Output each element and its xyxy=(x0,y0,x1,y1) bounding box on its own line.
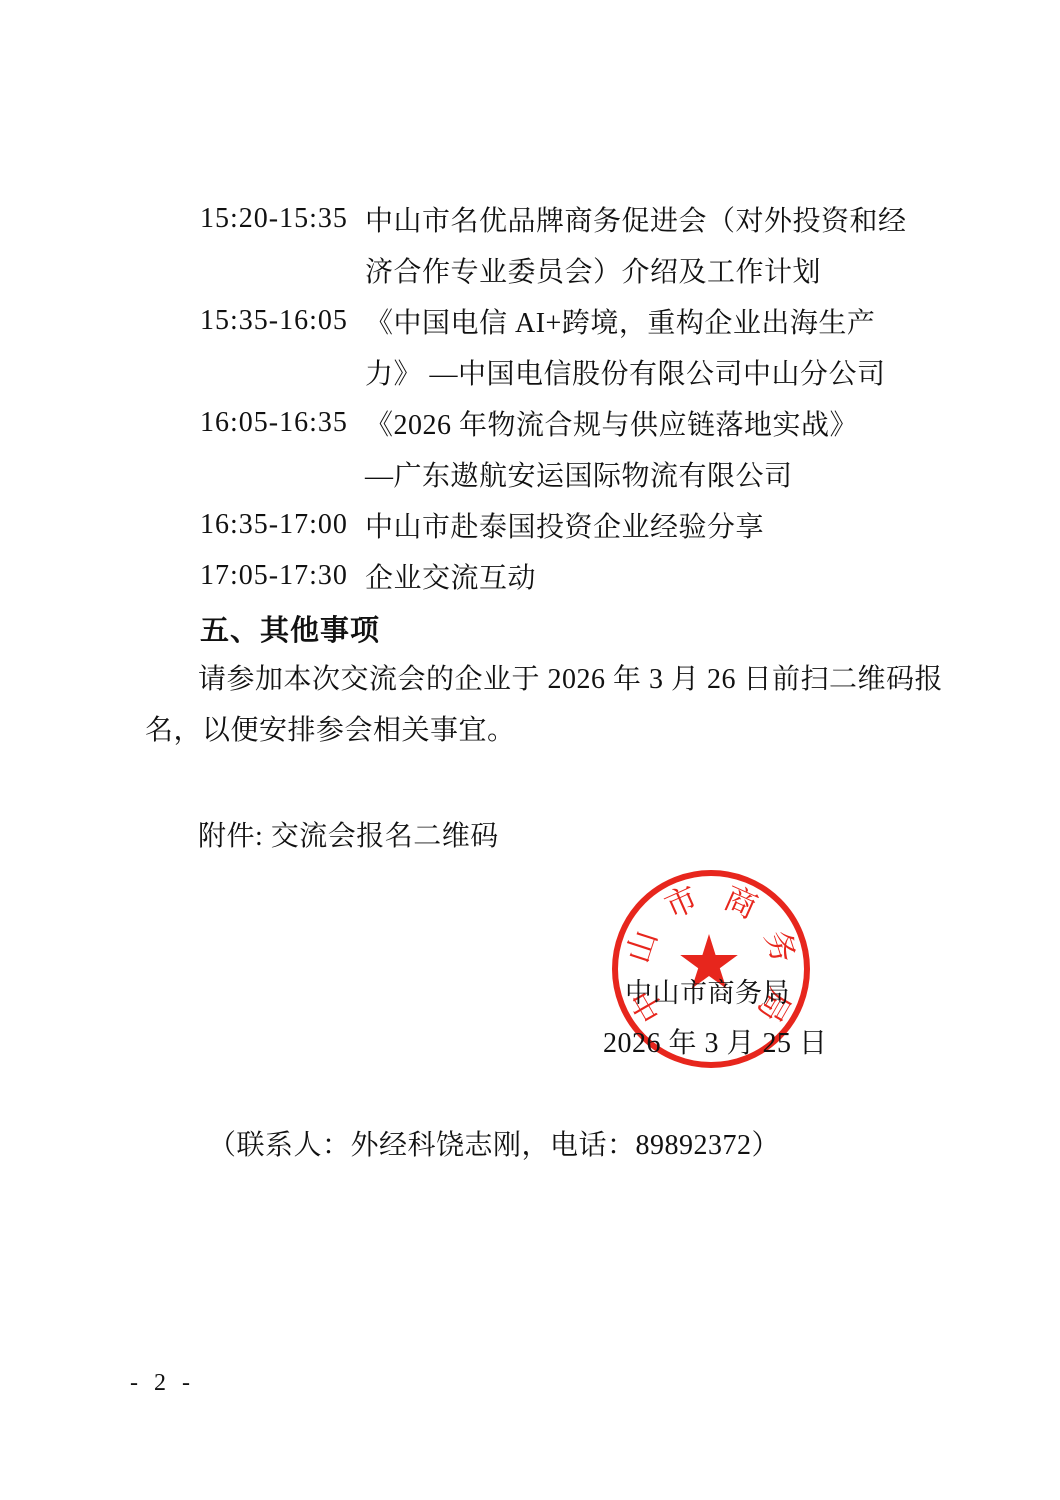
section-heading: 五、其他事项 xyxy=(200,608,380,649)
schedule-row-continuation: 济合作专业委员会）介绍及工作计划 xyxy=(200,244,940,295)
schedule-text: 济合作专业委员会）介绍及工作计划 xyxy=(365,250,821,290)
schedule-text: 中山市赴泰国投资企业经验分享 xyxy=(365,505,764,545)
schedule-row-continuation: —广东遨航安运国际物流有限公司 xyxy=(200,448,940,499)
seal-arc-char: 山 xyxy=(621,926,661,966)
schedule-text: —广东遨航安运国际物流有限公司 xyxy=(365,454,793,494)
seal-arc-char: 务 xyxy=(760,926,800,966)
page-number: - 2 - xyxy=(130,1370,195,1397)
signature-date: 2026 年 3 月 25 日 xyxy=(603,1021,828,1061)
time-label: 15:20-15:35 xyxy=(200,203,365,235)
paragraph-line: 名，以便安排参会相关事宜。 xyxy=(145,702,935,753)
schedule-text: 企业交流互动 xyxy=(365,556,536,596)
time-label: 15:35-16:05 xyxy=(200,305,365,337)
schedule-row: 16:05-16:35 《2026 年物流合规与供应链落地实战》 xyxy=(200,397,940,448)
schedule-row: 15:35-16:05 《中国电信 AI+跨境，重构企业出海生产 xyxy=(200,295,940,346)
seal-arc-char: 商 xyxy=(720,881,762,923)
paragraph-line: 请参加本次交流会的企业于 2026 年 3 月 26 日前扫二维码报 xyxy=(145,651,935,702)
schedule-row: 15:20-15:35 中山市名优品牌商务促进会（对外投资和经 xyxy=(200,193,940,244)
seal-arc-char: 市 xyxy=(660,881,702,923)
schedule-row-continuation: 力》 —中国电信股份有限公司中山分公司 xyxy=(200,346,940,397)
time-label: 17:05-17:30 xyxy=(200,560,365,592)
document-page: 15:20-15:35 中山市名优品牌商务促进会（对外投资和经 济合作专业委员会… xyxy=(0,0,1060,1500)
contact-line: （联系人：外经科饶志刚，电话：89892372） xyxy=(208,1123,780,1163)
time-label: 16:35-17:00 xyxy=(200,509,365,541)
schedule-text: 中山市名优品牌商务促进会（对外投资和经 xyxy=(365,199,907,239)
schedule-block: 15:20-15:35 中山市名优品牌商务促进会（对外投资和经 济合作专业委员会… xyxy=(200,193,940,601)
signature-org: 中山市商务局 xyxy=(625,971,790,1010)
time-label: 16:05-16:35 xyxy=(200,407,365,439)
schedule-text: 《2026 年物流合规与供应链落地实战》 xyxy=(365,403,858,443)
schedule-text: 《中国电信 AI+跨境，重构企业出海生产 xyxy=(365,301,875,341)
schedule-row: 17:05-17:30 企业交流互动 xyxy=(200,550,940,601)
attachment-note: 附件: 交流会报名二维码 xyxy=(198,814,499,846)
body-paragraph: 请参加本次交流会的企业于 2026 年 3 月 26 日前扫二维码报 名，以便安… xyxy=(145,651,935,753)
schedule-row: 16:35-17:00 中山市赴泰国投资企业经验分享 xyxy=(200,499,940,550)
schedule-text: 力》 —中国电信股份有限公司中山分公司 xyxy=(365,352,886,392)
